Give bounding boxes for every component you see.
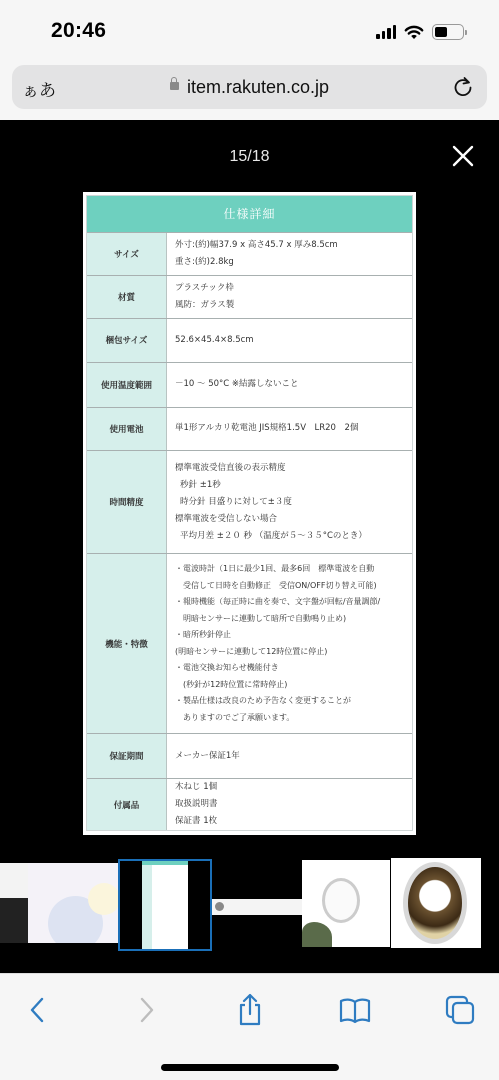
spec-line: 52.6×45.4×8.5cm — [175, 332, 412, 349]
spec-label: サイズ — [87, 233, 167, 275]
image-viewer: 15/18 仕様詳細 サイズ 外寸:(約)幅37.9 x 高さ45.7 x 厚み… — [0, 120, 499, 973]
spec-image: 仕様詳細 サイズ 外寸:(約)幅37.9 x 高さ45.7 x 厚み8.5cm … — [83, 192, 416, 835]
chevron-right-icon — [136, 996, 156, 1024]
spec-row-features: 機能・特徴 ・電波時計（1日に最少1回、最多6回 標準電波を自動 受信して日時を… — [87, 553, 412, 733]
spec-line: ・電波時計（1日に最少1回、最多6回 標準電波を自動 — [175, 561, 412, 578]
spec-label: 機能・特徴 — [87, 554, 167, 733]
spec-row-size: サイズ 外寸:(約)幅37.9 x 高さ45.7 x 厚み8.5cm 重さ:(約… — [87, 232, 412, 275]
spec-line: 取扱説明書 — [175, 796, 412, 813]
forward-button[interactable] — [128, 992, 164, 1028]
address-bar[interactable]: ぁあ item.rakuten.co.jp — [12, 65, 487, 109]
spec-line: (明暗センサーに連動して12時位置に停止) — [175, 644, 412, 661]
spec-line: 秒針 ±1秒 — [175, 477, 412, 494]
thumbnail-features-diagram[interactable] — [28, 863, 118, 943]
spec-line: ありますのでご了承願います。 — [175, 710, 412, 727]
status-icons — [376, 24, 464, 40]
spec-line: 時分針 目盛りに対して±３度 — [175, 494, 412, 511]
tabs-button[interactable] — [442, 992, 478, 1028]
spec-row-accessories: 付属品 木ねじ 1個 取扱説明書 保証書 1枚 — [87, 778, 412, 830]
spec-row-package-size: 梱包サイズ 52.6×45.4×8.5cm — [87, 318, 412, 362]
spec-line: 受信して日時を自動修正 受信ON/OFF切り替え可能) — [175, 578, 412, 595]
spec-line: メーカー保証1年 — [175, 748, 412, 765]
spec-line: 木ねじ 1個 — [175, 779, 412, 796]
tabs-icon — [444, 994, 476, 1026]
thumbnail-disney-clock-scene[interactable] — [302, 860, 390, 947]
lock-icon — [170, 82, 179, 90]
thumbnail-feature-page[interactable] — [0, 863, 28, 943]
spec-row-accuracy: 時間精度 標準電波受信直後の表示精度 秒針 ±1秒 時分針 目盛りに対して±３度… — [87, 450, 412, 554]
reload-icon[interactable] — [451, 75, 475, 99]
browser-address-area: ぁあ item.rakuten.co.jp — [0, 62, 499, 120]
spec-row-battery: 使用電池 単1形アルカリ乾電池 JIS規格1.5V LR20 2個 — [87, 407, 412, 450]
thumbnail-notice-banner[interactable] — [212, 899, 302, 915]
thumbnail-spec-table-active[interactable] — [118, 859, 212, 951]
url-field[interactable]: item.rakuten.co.jp — [12, 77, 487, 98]
spec-line: 標準電波受信直後の表示精度 — [175, 460, 412, 477]
wifi-icon — [404, 25, 424, 40]
image-counter: 15/18 — [0, 148, 499, 166]
spec-row-temperature: 使用温度範囲 －10 ～ 50°C ※結露しないこと — [87, 362, 412, 407]
share-icon — [236, 993, 264, 1027]
spec-line: －10 ～ 50°C ※結露しないこと — [175, 376, 412, 393]
thumbnail-strip[interactable] — [0, 855, 499, 955]
spec-line: 外寸:(約)幅37.9 x 高さ45.7 x 厚み8.5cm — [175, 237, 412, 254]
spec-label: 梱包サイズ — [87, 319, 167, 362]
spec-value: 外寸:(約)幅37.9 x 高さ45.7 x 厚み8.5cm 重さ:(約)2.8… — [167, 233, 412, 275]
spec-row-material: 材質 プラスチック枠 風防：ガラス製 — [87, 275, 412, 318]
url-text: item.rakuten.co.jp — [187, 77, 329, 97]
status-time: 20:46 — [51, 19, 106, 43]
spec-value: 標準電波受信直後の表示精度 秒針 ±1秒 時分針 目盛りに対して±３度 標準電波… — [167, 451, 412, 554]
thumbnail-clock-closeup[interactable] — [391, 858, 481, 948]
spec-line: 重さ:(約)2.8kg — [175, 254, 412, 271]
spec-line: 単1形アルカリ乾電池 JIS規格1.5V LR20 2個 — [175, 420, 412, 437]
spec-row-warranty: 保証期間 メーカー保証1年 — [87, 733, 412, 778]
spec-line: 平均月差 ±２０ 秒 （温度が５～３５°Cのとき） — [175, 528, 412, 545]
spec-table-title: 仕様詳細 — [87, 196, 412, 232]
spec-label: 保証期間 — [87, 734, 167, 778]
home-indicator — [161, 1064, 339, 1071]
safari-toolbar — [0, 973, 499, 1080]
spec-value: メーカー保証1年 — [167, 734, 412, 778]
spec-line: 風防：ガラス製 — [175, 297, 412, 314]
spec-line: ・暗所秒針停止 — [175, 627, 412, 644]
spec-label: 材質 — [87, 276, 167, 318]
spec-value: ・電波時計（1日に最少1回、最多6回 標準電波を自動 受信して日時を自動修正 受… — [167, 554, 412, 733]
signal-icon — [376, 25, 396, 39]
spec-label: 付属品 — [87, 779, 167, 830]
spec-value: 52.6×45.4×8.5cm — [167, 319, 412, 362]
battery-icon — [432, 24, 464, 40]
spec-line: ・製品仕様は改良のため予告なく変更することが — [175, 693, 412, 710]
bookmarks-button[interactable] — [337, 992, 373, 1028]
spec-line: 保証書 1枚 — [175, 813, 412, 830]
spec-line: ・報時機能（毎正時に曲を奏で、文字盤が回転/音量調節/ — [175, 594, 412, 611]
status-bar: 20:46 — [0, 0, 499, 62]
spec-label: 使用電池 — [87, 408, 167, 450]
spec-value: －10 ～ 50°C ※結露しないこと — [167, 363, 412, 407]
book-icon — [338, 996, 372, 1024]
spec-line: 明暗センサーに連動して暗所で自動鳴り止め) — [175, 611, 412, 628]
spec-value: 単1形アルカリ乾電池 JIS規格1.5V LR20 2個 — [167, 408, 412, 450]
spec-line: 標準電波を受信しない場合 — [175, 511, 412, 528]
spec-line: (秒針が12時位置に常時停止) — [175, 677, 412, 694]
spec-line: プラスチック枠 — [175, 280, 412, 297]
spec-value: プラスチック枠 風防：ガラス製 — [167, 276, 412, 318]
spec-table: 仕様詳細 サイズ 外寸:(約)幅37.9 x 高さ45.7 x 厚み8.5cm … — [86, 195, 413, 831]
spec-label: 使用温度範囲 — [87, 363, 167, 407]
back-button[interactable] — [20, 992, 56, 1028]
close-icon[interactable] — [451, 144, 475, 168]
spec-line: ・電池交換お知らせ機能付き — [175, 660, 412, 677]
chevron-left-icon — [28, 996, 48, 1024]
spec-value: 木ねじ 1個 取扱説明書 保証書 1枚 — [167, 779, 412, 830]
spec-label: 時間精度 — [87, 451, 167, 554]
share-button[interactable] — [232, 992, 268, 1028]
